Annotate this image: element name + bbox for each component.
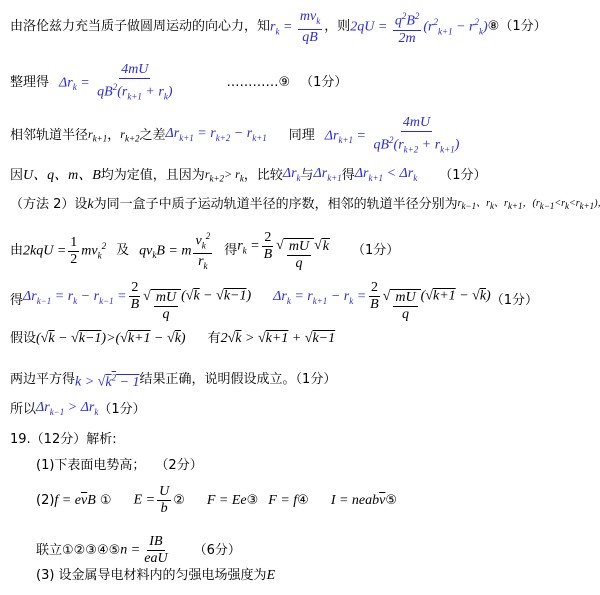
text: 之差	[140, 128, 166, 144]
formula-delta-rk-1: Δrk−1 = rk − rk−1 =2B√mUq(√k − √k−1)	[23, 280, 251, 323]
text: (3) 设金属导电材料内的匀强电场强度为	[36, 568, 267, 584]
formula-energy: 2kqU =12mvk2	[23, 235, 106, 268]
text: 所以	[10, 402, 36, 418]
text: 均为定值，且因为	[101, 168, 205, 184]
formula-conclusion: Δrk−1 > Δrk	[36, 400, 98, 420]
line-part3: (3) 设金属导电材料内的匀强电场强度为 E	[36, 568, 275, 584]
line-simplify: 整理得 Δrk = 4mUqB2(rk+1 + rk) …………⑨ （1分）	[10, 62, 347, 104]
formula-2qu: 2qU = q2B22m(r2k+1 − r2k)	[350, 8, 487, 47]
formula-delta-rk1-frac: Δrk+1 = 4mUqB2(rk+2 + rk+1)	[325, 115, 464, 157]
line-method2: （方法 2）设 k 为同一盒子中质子运动轨道半径的序数，相邻的轨道半径分别为 r…	[10, 196, 600, 214]
formula-square: k > √k2 − 1	[75, 369, 140, 391]
text: ，	[107, 128, 120, 144]
formula-delta-rk: Δrk = 4mUqB2(rk+1 + rk)	[59, 62, 176, 104]
score-label: （1分）	[98, 402, 145, 418]
formula-rk: rk = mvkqB	[270, 9, 324, 46]
formula-rk-sqrt: rk =2B√mUq√k	[237, 230, 330, 273]
text: 整理得	[10, 75, 49, 91]
score-label: （6分）	[194, 543, 241, 559]
dots: …………⑨	[226, 75, 290, 91]
text: ，则	[324, 19, 350, 35]
text: 与	[301, 168, 314, 184]
text: 19.（12分）解析:	[10, 432, 117, 448]
formula-F: F = Ee	[207, 493, 247, 509]
text: 由	[10, 243, 23, 259]
text: 同理	[289, 128, 315, 144]
var: Δrk+1	[314, 166, 342, 186]
text: ，比较	[244, 168, 283, 184]
text: 联立①②③④⑤	[36, 543, 120, 559]
formula-Ff: F = f	[268, 493, 297, 509]
text: 假设	[10, 331, 36, 347]
text: （方法 2）设	[10, 197, 87, 213]
text: 结果正确，说明假设成立。（1分）	[140, 372, 337, 388]
line-part2: (2) f = evB ① E =Ub② F = Ee③ F = f④ I = …	[36, 484, 397, 517]
score-label: ⑧（1分）	[488, 19, 547, 35]
text: 为同一盒子中质子运动轨道半径的序数，相邻的轨道半径分别为	[94, 197, 458, 213]
question-19-heading: 19.（12分）解析:	[10, 432, 117, 448]
text: 得	[224, 243, 237, 259]
formula-delta-rk1: Δrk+1 = rk+2 − rk+1	[166, 126, 267, 146]
line-compare: 因 U、q、m、B 均为定值，且因为 rk+2> rk ，比较 Δrk 与 Δr…	[10, 166, 486, 186]
line-square: 两边平方得 k > √k2 − 1 结果正确，说明假设成立。（1分）	[10, 369, 336, 391]
score-label: （1分）	[491, 293, 538, 309]
text: (2)	[36, 493, 54, 509]
line-delta-expr: 得 Δrk−1 = rk − rk−1 =2B√mUq(√k − √k−1) Δ…	[10, 280, 538, 323]
formula-ineq: Δrk+1 < Δrk	[355, 166, 417, 186]
line-part1: (1)下表面电势高； （2分）	[36, 458, 203, 474]
formula-assume: (√k − √k−1)>(√k+1 − √k)	[36, 331, 186, 347]
line-adjacent-radius: 相邻轨道半径 rk+1 ， rk+2 之差 Δrk+1 = rk+2 − rk+…	[10, 115, 463, 157]
text: 有	[208, 331, 221, 347]
score-label: （1分）	[352, 243, 399, 259]
formula-E: E =Ub	[134, 484, 174, 517]
text: 及	[116, 243, 129, 259]
line-conclusion: 所以 Δrk−1 > Δrk （1分）	[10, 400, 146, 420]
formula-have: 2√k > √k+1 + √k−1	[221, 331, 336, 347]
line-assume: 假设 (√k − √k−1)>(√k+1 − √k) 有 2√k > √k+1 …	[10, 331, 335, 347]
line-lorentz-force: 由洛伦兹力充当质子做圆周运动的向心力，知 rk = mvkqB ，则 2qU =…	[10, 8, 547, 47]
var: Δrk	[283, 166, 301, 186]
text: 得	[10, 293, 23, 309]
line-energy: 由 2kqU =12mvk2 及 qvkB = mvk2rk 得 rk =2B√…	[10, 228, 399, 274]
score-label: （1分）	[300, 75, 347, 91]
text: 因	[10, 168, 23, 184]
text: 由洛伦兹力充当质子做圆周运动的向心力，知	[10, 19, 270, 35]
var: rk+2> rk	[205, 166, 244, 186]
line-combine: 联立①②③④⑤ n =IBeaU （6分）	[36, 534, 241, 567]
formula-n: n =IBeaU	[120, 534, 171, 567]
var: rk+2	[120, 126, 139, 146]
vars: U、q、m、B	[23, 168, 101, 184]
var: E	[267, 568, 276, 584]
formula-f: f = evB	[54, 493, 95, 509]
text: (1)下表面电势高；	[36, 458, 145, 474]
formula-force: qvkB = mvk2rk	[139, 228, 214, 274]
formula-I: I = neabv	[331, 493, 386, 509]
score-label: （1分）	[439, 168, 486, 184]
formula-delta-rk-2: Δrk = rk+1 − rk =2B√mUq(√k+1 − √k)	[273, 280, 491, 323]
text: 两边平方得	[10, 372, 75, 388]
radius-list: rk−1、rk、rk+1，(rk−1<rk<rk+1)，。	[458, 196, 600, 214]
score-label: （2分）	[155, 458, 202, 474]
var: rk+1	[88, 126, 107, 146]
text: 得	[342, 168, 355, 184]
text: 相邻轨道半径	[10, 128, 88, 144]
